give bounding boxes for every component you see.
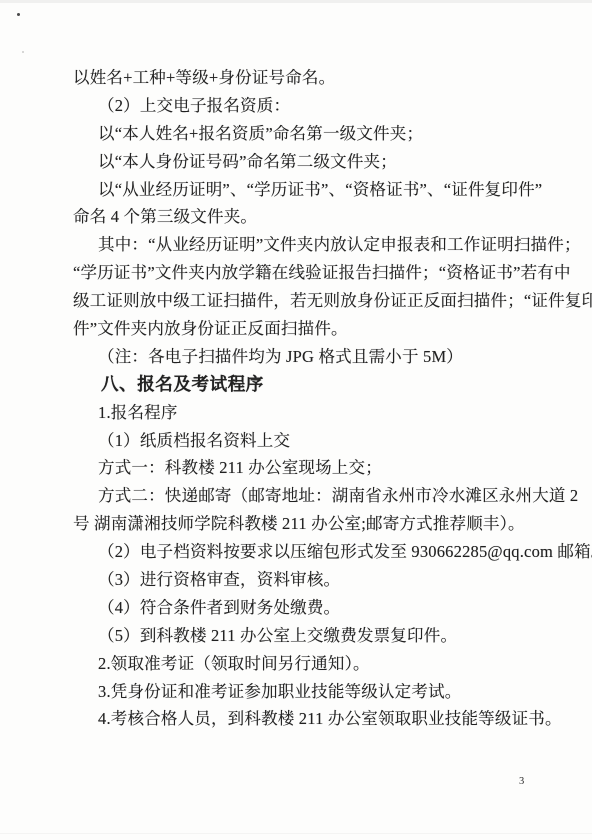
text-line: “学历证书”文件夹内放学籍在线验证报告扫描件；“资格证书”若有中 [73,259,541,287]
text-line: （3）进行资格审查，资料审核。 [73,566,541,594]
text-line: 级工证则放中级工证扫描件，若无则放身份证正反面扫描件；“证件复印 [73,287,541,315]
scan-line-artifact [0,833,592,834]
text-line: （4）符合条件者到财务处缴费。 [73,594,541,622]
text-line: 其中：“从业经历证明”文件夹内放认定申报表和工作证明扫描件； [73,231,541,259]
text-line: 方式二：快递邮寄（邮寄地址：湖南省永州市冷水滩区永州大道 2 [73,482,541,510]
text-line: （2）上交电子报名资质： [73,92,541,120]
text-line: 号 湖南潇湘技师学院科教楼 211 办公室;邮寄方式推荐顺丰）。 [73,510,541,538]
text-line: 件”文件夹内放身份证正反面扫描件。 [73,315,541,343]
text-line: （2）电子档资料按要求以压缩包形式发至 930662285@qq.com 邮箱。 [73,538,541,566]
text-line: （1）纸质档报名资料上交 [73,427,541,455]
text-line: 以姓名+工种+等级+身份证号命名。 [73,64,541,92]
document-body: 以姓名+工种+等级+身份证号命名。（2）上交电子报名资质：以“本人姓名+报名资质… [73,64,541,733]
document-page: 以姓名+工种+等级+身份证号命名。（2）上交电子报名资质：以“本人姓名+报名资质… [0,0,592,840]
text-line: 4.考核合格人员，到科教楼 211 办公室领取职业技能等级证书。 [73,705,541,733]
text-line: 以“本人姓名+报名资质”命名第一级文件夹； [73,120,541,148]
text-line: 以“从业经历证明”、“学历证书”、“资格证书”、“证件复印件” [73,176,541,204]
ink-speck-artifact [22,51,24,53]
ink-dot-artifact [17,13,20,16]
text-line: 3.凭身份证和准考证参加职业技能等级认定考试。 [73,678,541,706]
page-number: 3 [519,776,524,787]
text-line: （注：各电子扫描件均为 JPG 格式且需小于 5M） [73,343,541,371]
text-line: （5）到科教楼 211 办公室上交缴费发票复印件。 [73,622,541,650]
text-line: 1.报名程序 [73,399,541,427]
text-line: 以“本人身份证号码”命名第二级文件夹； [73,148,541,176]
text-line: 2.领取准考证（领取时间另行通知）。 [73,650,541,678]
text-line: 命名 4 个第三级文件夹。 [73,203,541,231]
text-line: 方式一：科教楼 211 办公室现场上交； [73,454,541,482]
scan-edge-artifact [0,0,592,3]
section-heading: 八、报名及考试程序 [73,371,541,399]
